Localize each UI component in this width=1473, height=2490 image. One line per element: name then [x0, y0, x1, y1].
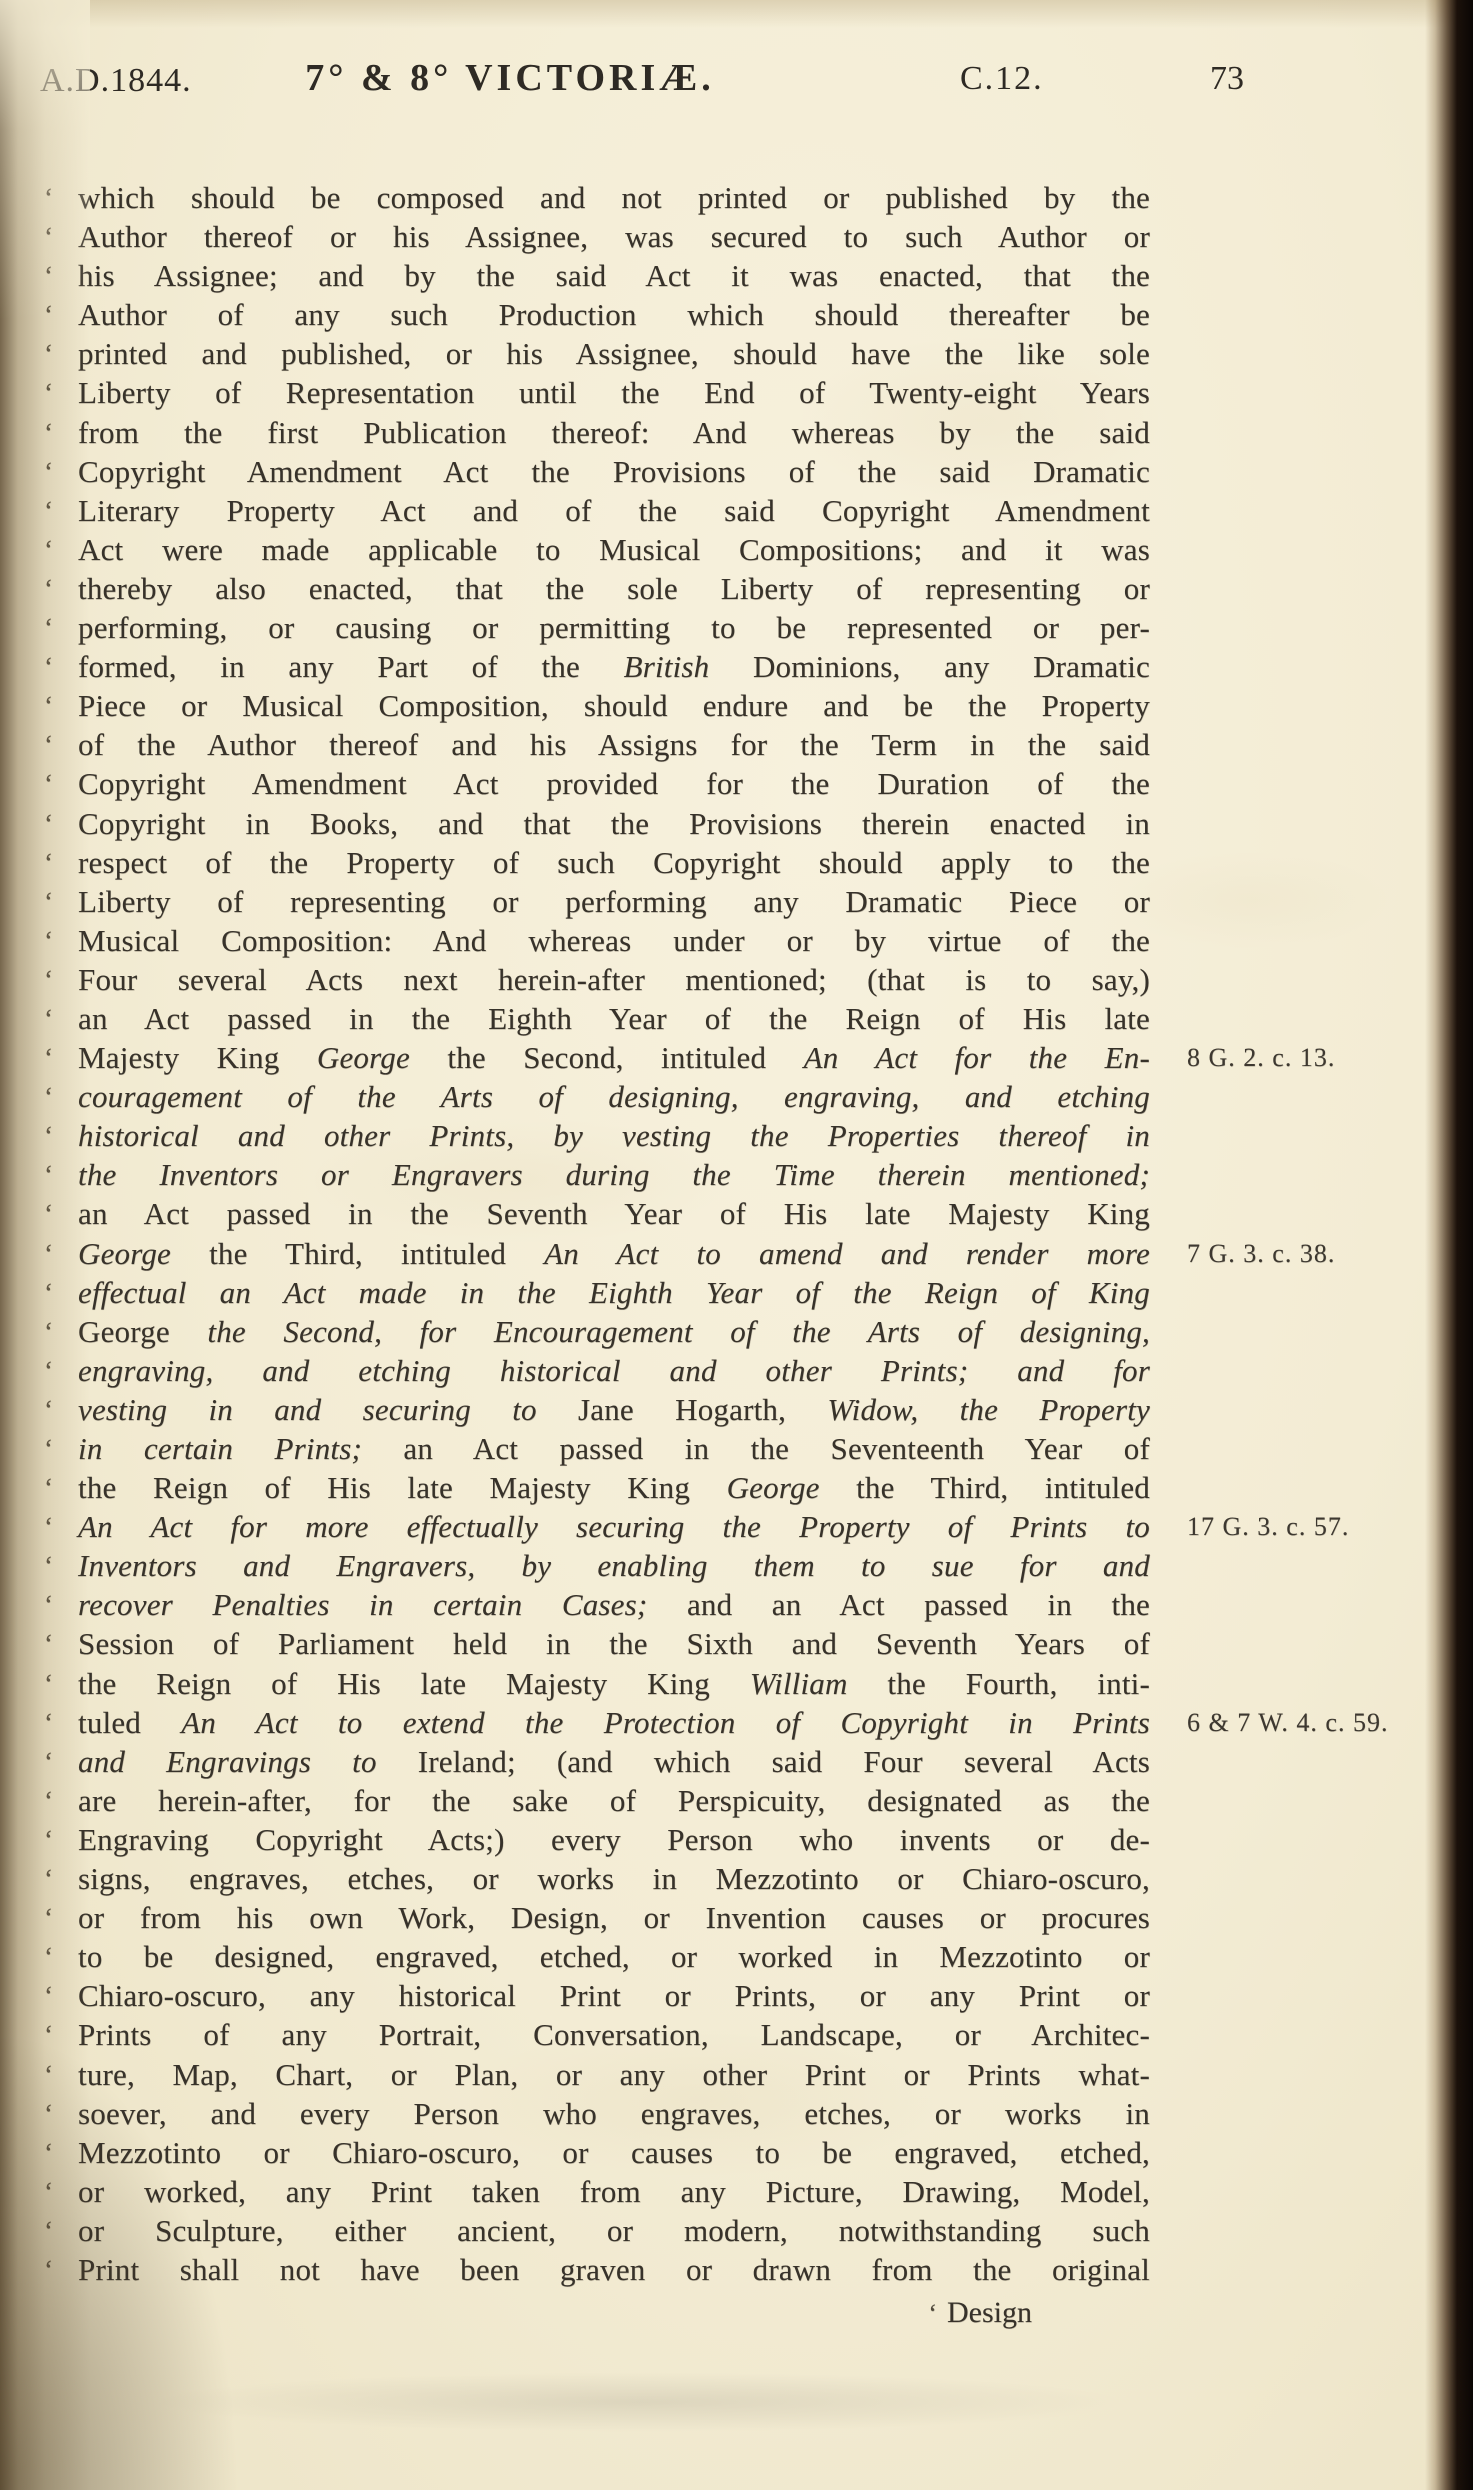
text-line: ‘soever, and every Person who engraves, …: [78, 2094, 1150, 2133]
statute-text-block: ‘which should be composed and not printe…: [78, 178, 1150, 2289]
line-quote-mark: ‘: [44, 296, 53, 335]
text-segment: signs, engraves, etches, or works in Mez…: [78, 1861, 1150, 1896]
text-segment: Session of Parliament held in the Sixth …: [78, 1626, 1150, 1661]
line-quote-mark: ‘: [44, 1430, 53, 1469]
line-quote-mark: ‘: [44, 1039, 53, 1078]
text-segment: tuled: [78, 1705, 181, 1740]
text-segment: are herein-after, for the sake of Perspi…: [78, 1783, 1150, 1818]
line-quote-mark: ‘: [44, 687, 53, 726]
text-segment: an Act passed in the Seventh Year of His…: [78, 1196, 1150, 1231]
line-quote-mark: ‘: [44, 1821, 53, 1860]
text-segment-italic: William: [750, 1666, 848, 1701]
text-line: ‘Mezzotinto or Chiaro-oscuro, or causes …: [78, 2133, 1150, 2172]
margin-note: 7 G. 3. c. 38.: [1187, 1234, 1335, 1273]
line-quote-mark: ‘: [44, 1274, 53, 1313]
text-line: ‘Act were made applicable to Musical Com…: [78, 530, 1150, 569]
text-line: ‘effectual an Act made in the Eighth Yea…: [78, 1273, 1150, 1312]
header-date: A.D.1844.: [40, 62, 192, 100]
line-quote-mark: ‘: [44, 335, 53, 374]
text-segment: an Act passed in the Seventeenth Year of: [403, 1431, 1150, 1466]
line-quote-mark: ‘: [44, 374, 53, 413]
text-line: ‘Musical Composition: And whereas under …: [78, 921, 1150, 960]
line-quote-mark: ‘: [44, 218, 53, 257]
text-segment: Author thereof or his Assignee, was secu…: [78, 219, 1150, 254]
text-segment: Musical Composition: And whereas under o…: [78, 923, 1150, 958]
text-segment-italic: in certain Prints;: [78, 1431, 403, 1466]
line-quote-mark: ‘: [44, 844, 53, 883]
text-segment: Piece or Musical Composition, should end…: [78, 688, 1150, 723]
text-line: ‘Piece or Musical Composition, should en…: [78, 686, 1150, 725]
text-line: ‘Chiaro-oscuro, any historical Print or …: [78, 1976, 1150, 2015]
text-segment: soever, and every Person who engraves, e…: [78, 2096, 1150, 2131]
line-quote-mark: ‘: [44, 648, 53, 687]
text-line: ‘or worked, any Print taken from any Pic…: [78, 2172, 1150, 2211]
line-quote-mark: ‘: [44, 1977, 53, 2016]
text-line: ‘Copyright Amendment Act provided for th…: [78, 764, 1150, 803]
text-line: ‘from the first Publication thereof: And…: [78, 413, 1150, 452]
text-segment: the Fourth, inti-: [848, 1666, 1150, 1701]
line-quote-mark: ‘: [44, 257, 53, 296]
text-segment: or from his own Work, Design, or Inventi…: [78, 1900, 1150, 1935]
line-quote-mark: ‘: [44, 2251, 53, 2290]
header-chapter: C.12.: [960, 60, 1044, 98]
text-line: ‘ture, Map, Chart, or Plan, or any other…: [78, 2055, 1150, 2094]
margin-note: 17 G. 3. c. 57.: [1187, 1507, 1349, 1546]
paper-stain: [150, 2372, 1130, 2432]
text-segment-italic: An Act for the En-: [804, 1040, 1150, 1075]
text-segment: Jane Hogarth,: [578, 1392, 827, 1427]
line-quote-mark: ‘: [44, 1195, 53, 1234]
text-line: ‘Literary Property Act and of the said C…: [78, 491, 1150, 530]
text-segment: or Sculpture, either ancient, or modern,…: [78, 2213, 1150, 2248]
text-segment: and an Act passed in the: [687, 1587, 1150, 1622]
text-segment: his Assignee; and by the said Act it was…: [78, 258, 1150, 293]
text-segment: Act were made applicable to Musical Comp…: [78, 532, 1150, 567]
header-page-number: 73: [1210, 60, 1244, 98]
text-line: ‘Author thereof or his Assignee, was sec…: [78, 217, 1150, 256]
text-line: ‘historical and other Prints, by vesting…: [78, 1116, 1150, 1155]
text-segment: thereby also enacted, that the sole Libe…: [78, 571, 1150, 606]
line-quote-mark: ‘: [44, 805, 53, 844]
text-segment-italic: George: [78, 1236, 171, 1271]
line-quote-mark: ‘: [44, 1782, 53, 1821]
text-segment: Dominions, any Dramatic: [709, 649, 1150, 684]
text-segment: of the Author thereof and his Assigns fo…: [78, 727, 1150, 762]
margin-note: 8 G. 2. c. 13.: [1187, 1038, 1335, 1077]
text-line: ‘formed, in any Part of the British Domi…: [78, 647, 1150, 686]
line-quote-mark: ‘: [44, 570, 53, 609]
text-segment-italic: recover Penalties in certain Cases;: [78, 1587, 687, 1622]
text-segment-italic: An Act for more effectually securing the…: [78, 1509, 1150, 1544]
text-segment: which should be composed and not printed…: [78, 180, 1150, 215]
catchword-quote-mark: ‘: [928, 2299, 937, 2328]
text-line: ‘and Engravings to Ireland; (and which s…: [78, 1742, 1150, 1781]
line-quote-mark: ‘: [44, 1078, 53, 1117]
text-line: ‘Majesty King George the Second, intitul…: [78, 1038, 1150, 1077]
line-quote-mark: ‘: [44, 1000, 53, 1039]
catchword-text: Design: [947, 2296, 1032, 2329]
text-segment: Chiaro-oscuro, any historical Print or P…: [78, 1978, 1150, 2013]
text-line: ‘Liberty of Representation until the End…: [78, 373, 1150, 412]
text-line: ‘couragement of the Arts of designing, e…: [78, 1077, 1150, 1116]
text-line: ‘are herein-after, for the sake of Persp…: [78, 1781, 1150, 1820]
text-segment: the Second, intituled: [410, 1040, 804, 1075]
text-segment: to be designed, engraved, etched, or wor…: [78, 1939, 1150, 1974]
text-segment-italic: Widow, the Property: [827, 1392, 1150, 1427]
text-segment: the Third, intituled: [171, 1236, 544, 1271]
text-line: ‘which should be composed and not printe…: [78, 178, 1150, 217]
text-line: ‘George the Second, for Encouragement of…: [78, 1312, 1150, 1351]
text-segment-italic: vesting in and securing to: [78, 1392, 578, 1427]
text-segment: Author of any such Production which shou…: [78, 297, 1150, 332]
text-line: ‘An Act for more effectually securing th…: [78, 1507, 1150, 1546]
line-quote-mark: ‘: [44, 179, 53, 218]
line-quote-mark: ‘: [44, 531, 53, 570]
text-segment-italic: British: [624, 649, 710, 684]
line-quote-mark: ‘: [44, 1899, 53, 1938]
text-line: ‘George the Third, intituled An Act to a…: [78, 1234, 1150, 1273]
text-line: ‘thereby also enacted, that the sole Lib…: [78, 569, 1150, 608]
line-quote-mark: ‘: [44, 1508, 53, 1547]
text-segment: or worked, any Print taken from any Pict…: [78, 2174, 1150, 2209]
line-quote-mark: ‘: [44, 1743, 53, 1782]
text-segment: an Act passed in the Eighth Year of the …: [78, 1001, 1150, 1036]
line-quote-mark: ‘: [44, 1117, 53, 1156]
line-quote-mark: ‘: [44, 2056, 53, 2095]
text-line: ‘Engraving Copyright Acts;) every Person…: [78, 1820, 1150, 1859]
text-line: ‘Session of Parliament held in the Sixth…: [78, 1624, 1150, 1663]
line-quote-mark: ‘: [44, 1313, 53, 1352]
text-line: ‘Four several Acts next herein-after men…: [78, 960, 1150, 999]
text-segment: ture, Map, Chart, or Plan, or any other …: [78, 2057, 1150, 2092]
text-segment-italic: the Inventors or Engravers during the Ti…: [78, 1157, 1150, 1192]
line-quote-mark: ‘: [44, 453, 53, 492]
text-line: ‘Liberty of representing or performing a…: [78, 882, 1150, 921]
text-segment: performing, or causing or permitting to …: [78, 610, 1150, 645]
text-segment-italic: the Second, for Encouragement of the Art…: [207, 1314, 1150, 1349]
line-quote-mark: ‘: [44, 1938, 53, 1977]
line-quote-mark: ‘: [44, 1860, 53, 1899]
text-segment-italic: Inventors and Engravers, by enabling the…: [78, 1548, 1150, 1583]
text-segment: the Reign of His late Majesty King: [78, 1470, 727, 1505]
text-segment: Four several Acts next herein-after ment…: [78, 962, 1150, 997]
line-quote-mark: ‘: [44, 883, 53, 922]
text-segment-italic: George: [727, 1470, 820, 1505]
text-line: ‘the Reign of His late Majesty King Will…: [78, 1664, 1150, 1703]
page-edge-dark-right: [1425, 0, 1473, 2490]
text-segment: from the first Publication thereof: And …: [78, 415, 1150, 450]
text-segment-italic: engraving, and etching historical and ot…: [78, 1353, 1150, 1388]
text-line: ‘an Act passed in the Seventh Year of Hi…: [78, 1194, 1150, 1233]
line-quote-mark: ‘: [44, 1352, 53, 1391]
text-segment: Literary Property Act and of the said Co…: [78, 493, 1150, 528]
text-line: ‘Print shall not have been graven or dra…: [78, 2250, 1150, 2289]
margin-note: 6 & 7 W. 4. c. 59.: [1187, 1703, 1388, 1742]
line-quote-mark: ‘: [44, 1704, 53, 1743]
text-line: ‘recover Penalties in certain Cases; and…: [78, 1585, 1150, 1624]
text-segment: George: [78, 1314, 207, 1349]
text-segment: Majesty King: [78, 1040, 317, 1075]
text-segment: Copyright Amendment Act the Provisions o…: [78, 454, 1150, 489]
text-segment-italic: An Act to extend the Protection of Copyr…: [181, 1705, 1150, 1740]
text-line: ‘performing, or causing or permitting to…: [78, 608, 1150, 647]
text-line: ‘the Reign of His late Majesty King Geor…: [78, 1468, 1150, 1507]
text-segment: the Third, intituled: [820, 1470, 1150, 1505]
text-line: ‘Copyright Amendment Act the Provisions …: [78, 452, 1150, 491]
text-line: ‘vesting in and securing to Jane Hogarth…: [78, 1390, 1150, 1429]
text-line: ‘of the Author thereof and his Assigns f…: [78, 725, 1150, 764]
text-line: ‘signs, engraves, etches, or works in Me…: [78, 1859, 1150, 1898]
text-segment: Ireland; (and which said Four several Ac…: [418, 1744, 1150, 1779]
text-line: ‘or from his own Work, Design, or Invent…: [78, 1898, 1150, 1937]
line-quote-mark: ‘: [44, 414, 53, 453]
text-segment: formed, in any Part of the: [78, 649, 624, 684]
line-quote-mark: ‘: [44, 2016, 53, 2055]
line-quote-mark: ‘: [44, 1586, 53, 1625]
text-segment: Liberty of representing or performing an…: [78, 884, 1150, 919]
text-segment: Print shall not have been graven or draw…: [78, 2252, 1150, 2287]
page-edge-shadow-top: [0, 0, 1473, 28]
text-line: ‘Copyright in Books, and that the Provis…: [78, 804, 1150, 843]
text-line: ‘or Sculpture, either ancient, or modern…: [78, 2211, 1150, 2250]
line-quote-mark: ‘: [44, 1665, 53, 1704]
line-quote-mark: ‘: [44, 1235, 53, 1274]
text-line: ‘engraving, and etching historical and o…: [78, 1351, 1150, 1390]
text-line: ‘in certain Prints; an Act passed in the…: [78, 1429, 1150, 1468]
text-line: ‘tuled An Act to extend the Protection o…: [78, 1703, 1150, 1742]
line-quote-mark: ‘: [44, 765, 53, 804]
text-segment: printed and published, or his Assignee, …: [78, 336, 1150, 371]
text-segment: Copyright in Books, and that the Provisi…: [78, 806, 1150, 841]
line-quote-mark: ‘: [44, 2173, 53, 2212]
line-quote-mark: ‘: [44, 2095, 53, 2134]
line-quote-mark: ‘: [44, 726, 53, 765]
header-regnal-title: 7° & 8° VICTORIÆ.: [295, 56, 725, 100]
line-quote-mark: ‘: [44, 492, 53, 531]
text-segment-italic: An Act to amend and render more: [544, 1236, 1150, 1271]
line-quote-mark: ‘: [44, 1469, 53, 1508]
line-quote-mark: ‘: [44, 922, 53, 961]
line-quote-mark: ‘: [44, 2134, 53, 2173]
text-line: ‘printed and published, or his Assignee,…: [78, 334, 1150, 373]
text-segment: Liberty of Representation until the End …: [78, 375, 1150, 410]
text-segment: Engraving Copyright Acts;) every Person …: [78, 1822, 1150, 1857]
text-segment: Prints of any Portrait, Conversation, La…: [78, 2017, 1150, 2052]
text-line: ‘an Act passed in the Eighth Year of the…: [78, 999, 1150, 1038]
line-quote-mark: ‘: [44, 1391, 53, 1430]
text-segment-italic: and Engravings to: [78, 1744, 418, 1779]
text-line: ‘his Assignee; and by the said Act it wa…: [78, 256, 1150, 295]
text-line: ‘Prints of any Portrait, Conversation, L…: [78, 2015, 1150, 2054]
line-quote-mark: ‘: [44, 961, 53, 1000]
text-segment-italic: George: [317, 1040, 410, 1075]
text-segment: respect of the Property of such Copyrigh…: [78, 845, 1150, 880]
text-line: ‘the Inventors or Engravers during the T…: [78, 1155, 1150, 1194]
text-line: ‘Inventors and Engravers, by enabling th…: [78, 1546, 1150, 1585]
text-segment-italic: couragement of the Arts of designing, en…: [78, 1079, 1150, 1114]
text-segment-italic: effectual an Act made in the Eighth Year…: [78, 1275, 1150, 1310]
text-segment: the Reign of His late Majesty King: [78, 1666, 750, 1701]
line-quote-mark: ‘: [44, 1156, 53, 1195]
text-line: ‘Author of any such Production which sho…: [78, 295, 1150, 334]
text-segment: Mezzotinto or Chiaro-oscuro, or causes t…: [78, 2135, 1150, 2170]
text-line: ‘respect of the Property of such Copyrig…: [78, 843, 1150, 882]
line-quote-mark: ‘: [44, 609, 53, 648]
line-quote-mark: ‘: [44, 2212, 53, 2251]
line-quote-mark: ‘: [44, 1547, 53, 1586]
page-header: A.D.1844. 7° & 8° VICTORIÆ. C.12. 73: [0, 56, 1473, 102]
text-segment-italic: historical and other Prints, by vesting …: [78, 1118, 1150, 1153]
text-segment: Copyright Amendment Act provided for the…: [78, 766, 1150, 801]
text-line: ‘to be designed, engraved, etched, or wo…: [78, 1937, 1150, 1976]
catchword: ‘Design: [78, 2293, 1150, 2334]
line-quote-mark: ‘: [44, 1625, 53, 1664]
statute-page: A.D.1844. 7° & 8° VICTORIÆ. C.12. 73 ‘wh…: [0, 0, 1473, 2490]
